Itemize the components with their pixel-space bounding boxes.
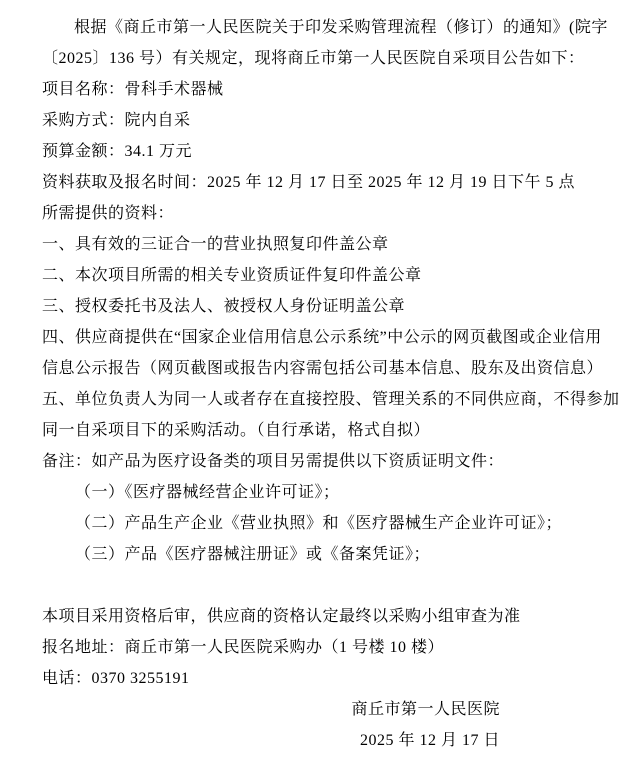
field-budget: 预算金额：34.1 万元 (42, 136, 622, 167)
material-item-4-line-2: 信息公示报告（网页截图或报告内容需包括公司基本信息、股东及出资信息） (42, 353, 622, 384)
material-item-4-line-1: 四、供应商提供在“国家企业信用信息公示系统”中公示的网页截图或企业信用 (42, 322, 622, 353)
field-budget-label: 预算金额： (42, 143, 125, 160)
material-item-5-line-2: 同一自采项目下的采购活动。（自行承诺，格式自拟） (42, 415, 622, 446)
field-registration-time-label: 资料获取及报名时间： (42, 174, 207, 191)
document-page: 根据《商丘市第一人民医院关于印发采购管理流程（修订）的通知》(院字 〔2025〕… (0, 0, 644, 782)
intro-line-1: 根据《商丘市第一人民医院关于印发采购管理流程（修订）的通知》(院字 (42, 12, 622, 43)
field-procurement-method-value: 院内自采 (125, 112, 191, 129)
material-item-2: 二、本次项目所需的相关专业资质证件复印件盖公章 (42, 260, 622, 291)
field-budget-value: 34.1 万元 (125, 143, 193, 160)
remark-item-3: （三）产品《医疗器械注册证》或《备案凭证》； (42, 539, 622, 570)
remark-item-2: （二）产品生产企业《营业执照》和《医疗器械生产企业许可证》； (42, 508, 622, 539)
field-project-name-value: 骨科手术器械 (125, 81, 224, 98)
intro-paragraph: 根据《商丘市第一人民医院关于印发采购管理流程（修订）的通知》(院字 〔2025〕… (42, 12, 622, 74)
field-project-name-label: 项目名称： (42, 81, 125, 98)
phone-value: 0370 3255191 (92, 670, 190, 687)
material-item-5-line-1: 五、单位负责人为同一人或者存在直接控股、管理关系的不同供应商，不得参加 (42, 384, 622, 415)
phone-line: 电话：0370 3255191 (42, 663, 622, 694)
field-registration-time: 资料获取及报名时间：2025 年 12 月 17 日至 2025 年 12 月 … (42, 167, 622, 198)
field-registration-time-value: 2025 年 12 月 17 日至 2025 年 12 月 19 日下午 5 点 (207, 174, 575, 191)
remark-item-1: （一）《医疗器械经营企业许可证》； (42, 477, 622, 508)
intro-line-2: 〔2025〕136 号）有关规定，现将商丘市第一人民医院自采项目公告如下： (42, 43, 622, 74)
materials-heading: 所需提供的资料： (42, 198, 622, 229)
signup-address-line: 报名地址：商丘市第一人民医院采购办（1 号楼 10 楼） (42, 632, 622, 663)
field-project-name: 项目名称：骨科手术器械 (42, 74, 622, 105)
material-item-3: 三、授权委托书及法人、被授权人身份证明盖公章 (42, 291, 622, 322)
signup-address-value: 商丘市第一人民医院采购办（1 号楼 10 楼） (125, 639, 445, 656)
field-procurement-method-label: 采购方式： (42, 112, 125, 129)
signup-address-label: 报名地址： (42, 639, 125, 656)
field-procurement-method: 采购方式：院内自采 (42, 105, 622, 136)
material-item-1: 一、具有效的三证合一的营业执照复印件盖公章 (42, 229, 622, 260)
signature-org: 商丘市第一人民医院 (42, 694, 622, 725)
material-item-4: 四、供应商提供在“国家企业信用信息公示系统”中公示的网页截图或企业信用 信息公示… (42, 322, 622, 384)
blank-line (42, 570, 622, 601)
signature-date: 2025 年 12 月 17 日 (42, 725, 622, 756)
remark-heading: 备注：如产品为医疗设备类的项目另需提供以下资质证明文件： (42, 446, 622, 477)
phone-label: 电话： (42, 670, 92, 687)
material-item-5: 五、单位负责人为同一人或者存在直接控股、管理关系的不同供应商，不得参加 同一自采… (42, 384, 622, 446)
qualification-note: 本项目采用资格后审，供应商的资格认定最终以采购小组审查为准 (42, 601, 622, 632)
